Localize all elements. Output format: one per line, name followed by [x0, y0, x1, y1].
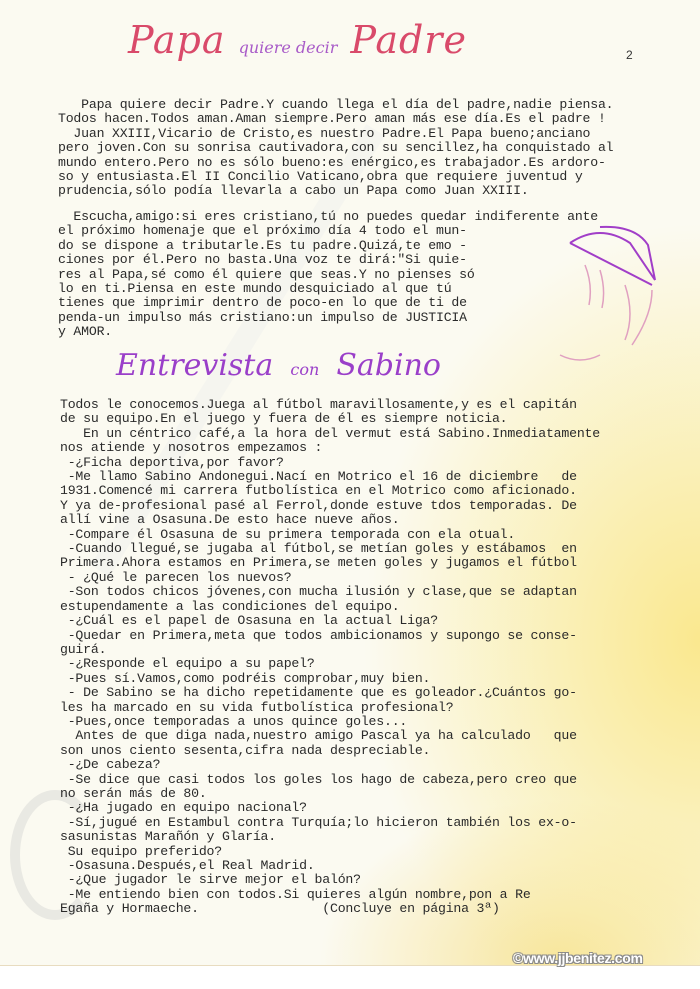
text-line: estupendamente a las condiciones del equ…	[60, 600, 600, 614]
subtitle-word-entrevista: Entrevista	[116, 348, 273, 383]
text-line: Su equipo preferido?	[60, 845, 600, 859]
text-line: Todos le conocemos.Juega al fútbol marav…	[60, 398, 600, 412]
text-line: -Quedar en Primera,meta que todos ambici…	[60, 629, 600, 643]
text-line: lo en ti.Piensa en este mundo desquiciad…	[58, 282, 598, 296]
text-line: allí vine a Osasuna.De esto hace nueve a…	[60, 513, 600, 527]
text-line: guirá.	[60, 643, 600, 657]
text-line: do se dispone a tributarle.Es tu padre.Q…	[58, 239, 598, 253]
text-line: -¿De cabeza?	[60, 758, 600, 772]
text-line: -Pues,once temporadas a unos quince gole…	[60, 715, 600, 729]
text-line: -Son todos chicos jóvenes,con mucha ilus…	[60, 585, 600, 599]
text-line: y AMOR.	[58, 325, 598, 339]
text-line: -¿Que jugador le sirve mejor el balón?	[60, 873, 600, 887]
text-line: 1931.Comencé mi carrera futbolística en …	[60, 484, 600, 498]
text-line: pero joven.Con su sonrisa cautivadora,co…	[58, 141, 613, 155]
text-line: -¿Responde el equipo a su papel?	[60, 657, 600, 671]
text-line: Y ya de-profesional pasé al Ferrol,donde…	[60, 499, 600, 513]
pope-sketch-icon	[540, 215, 700, 375]
text-line: Primera.Ahora estamos en Primera,se mete…	[60, 556, 600, 570]
text-line: Egaña y Hormaeche. (Concluye en página 3…	[60, 902, 600, 916]
article-papa-paragraph-2: Escucha,amigo:si eres cristiano,tú no pu…	[58, 210, 598, 340]
text-line: de su equipo.En el juego y fuera de él e…	[60, 412, 600, 426]
text-line: - ¿Qué le parecen los nuevos?	[60, 571, 600, 585]
page-number: 2	[626, 48, 633, 62]
text-line: Todos hacen.Todos aman.Aman siempre.Pero…	[58, 112, 613, 126]
text-line: -Compare él Osasuna de su primera tempor…	[60, 528, 600, 542]
title-word-padre: Padre	[350, 18, 467, 62]
subtitle-word-sabino: Sabino	[336, 348, 441, 383]
text-line: prudencia,sólo podía llevarla a cabo un …	[58, 184, 613, 198]
text-line: -¿Ficha deportiva,por favor?	[60, 456, 600, 470]
paper-bottom-edge	[0, 965, 700, 989]
text-line: Papa quiere decir Padre.Y cuando llega e…	[58, 98, 613, 112]
text-line: res al Papa,sé como él quiere que seas.Y…	[58, 268, 598, 282]
article-papa-paragraph-1: Papa quiere decir Padre.Y cuando llega e…	[58, 98, 613, 199]
text-line: nos atiende y nosotros empezamos :	[60, 441, 600, 455]
text-line: no serán más de 80.	[60, 787, 600, 801]
text-line: son unos ciento sesenta,cifra nada despr…	[60, 744, 600, 758]
text-line: el próximo homenaje que el próximo día 4…	[58, 224, 598, 238]
text-line: les ha marcado en su vida futbolística p…	[60, 701, 600, 715]
title-middle: quiere decir	[239, 38, 338, 57]
text-line: -Sí,jugué en Estambul contra Turquía;lo …	[60, 816, 600, 830]
title-word-papa: Papa	[128, 18, 226, 62]
text-line: -Pues sí.Vamos,como podréis comprobar,mu…	[60, 672, 600, 686]
text-line: -Osasuna.Después,el Real Madrid.	[60, 859, 600, 873]
text-line: -Cuando llegué,se jugaba al fútbol,se me…	[60, 542, 600, 556]
text-line: -Se dice que casi todos los goles los ha…	[60, 773, 600, 787]
text-line: Antes de que diga nada,nuestro amigo Pas…	[60, 729, 600, 743]
text-line: ciones por él.Pero no basta.Una voz te d…	[58, 253, 598, 267]
subtitle-middle: con	[290, 360, 319, 379]
text-line: -¿Ha jugado en equipo nacional?	[60, 801, 600, 815]
text-line: tienes que imprimir dentro de poco-en lo…	[58, 296, 598, 310]
text-line: mundo entero.Pero no es sólo bueno:es en…	[58, 156, 613, 170]
text-line: -¿Cuál es el papel de Osasuna en la actu…	[60, 614, 600, 628]
handwritten-title: Papa quiere decir Padre	[128, 18, 467, 62]
text-line: -Me entiendo bien con todos.Si quieres a…	[60, 888, 600, 902]
text-line: sasunistas Marañón y Glaría.	[60, 830, 600, 844]
text-line: -Me llamo Sabino Andonegui.Nací en Motri…	[60, 470, 600, 484]
text-line: Juan XXIII,Vicario de Cristo,es nuestro …	[58, 127, 613, 141]
handwritten-subtitle: Entrevista con Sabino	[116, 348, 441, 383]
text-line: - De Sabino se ha dicho repetidamente qu…	[60, 686, 600, 700]
text-line: En un céntrico café,a la hora del vermut…	[60, 427, 600, 441]
interview-body: Todos le conocemos.Juega al fútbol marav…	[60, 398, 600, 917]
text-line: penda-un impulso más cristiano:un impuls…	[58, 311, 598, 325]
text-line: Escucha,amigo:si eres cristiano,tú no pu…	[58, 210, 598, 224]
text-line: so y entusiasta.El II Concilio Vaticano,…	[58, 170, 613, 184]
watermark-url: ©www.jjbenitez.com	[513, 950, 643, 966]
